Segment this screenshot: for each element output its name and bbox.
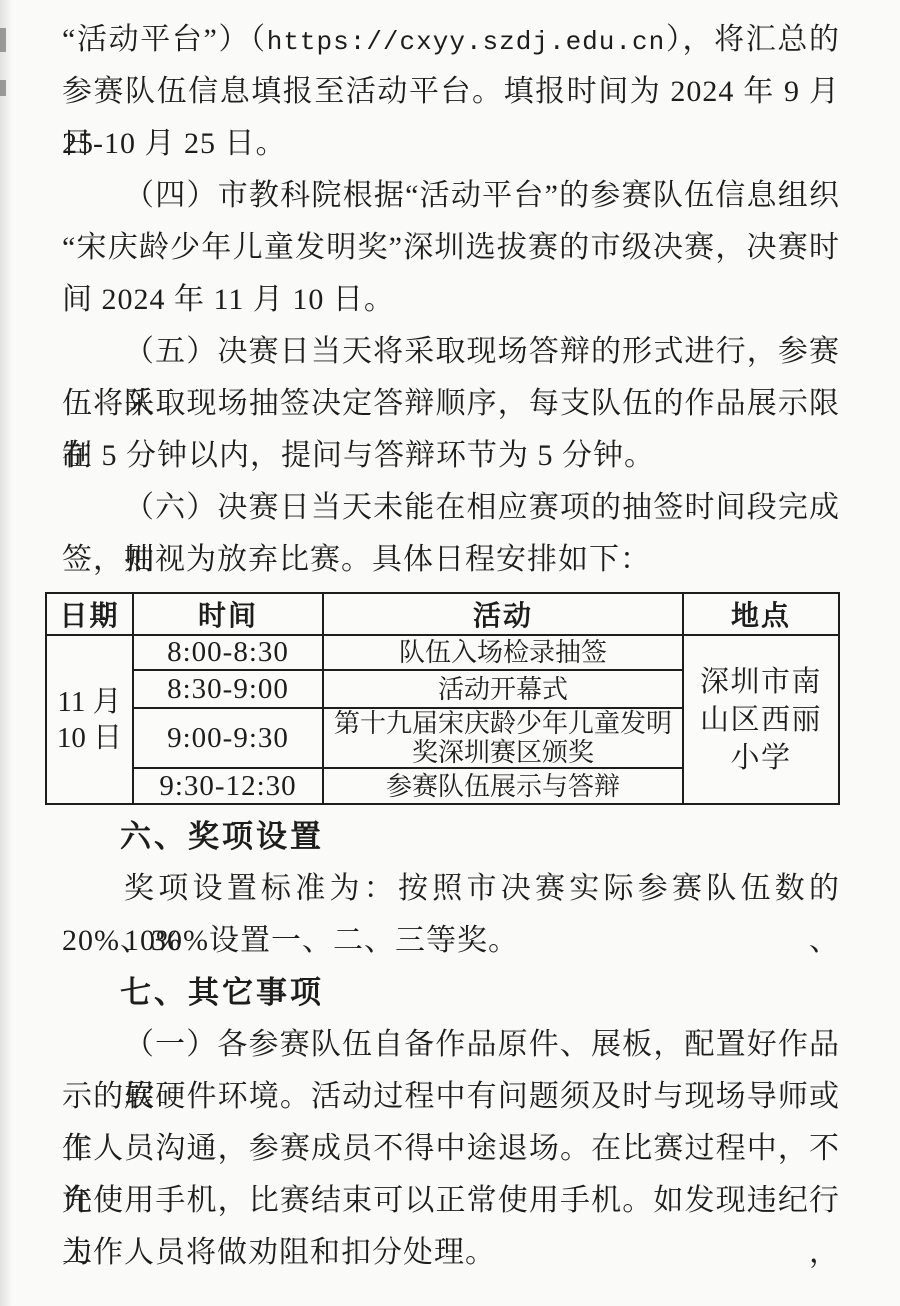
paragraph-line: （四）市教科院根据“活动平台”的参赛队伍信息组织 bbox=[62, 170, 840, 222]
paragraph-line: 日-10 月 25 日。 bbox=[62, 118, 840, 170]
activity-cell: 队伍入场检录抽签 bbox=[323, 635, 683, 670]
header-location: 地点 bbox=[683, 593, 839, 635]
paragraph-line: 伍将采取现场抽签决定答辩顺序，每支队伍的作品展示限制 bbox=[62, 378, 840, 430]
line-text: “活动平台”）（ bbox=[62, 23, 267, 56]
document-body: “活动平台”）（https://cxyy.szdj.edu.cn），将汇总的 参… bbox=[0, 14, 900, 1279]
paragraph-line: 签，则视为放弃比赛。具体日程安排如下： bbox=[62, 534, 840, 586]
time-cell: 9:00-9:30 bbox=[133, 708, 323, 768]
paragraph-line: 在 5 分钟以内，提问与答辩环节为 5 分钟。 bbox=[62, 430, 840, 482]
paragraph-line: （六）决赛日当天未能在相应赛项的抽签时间段完成抽 bbox=[62, 482, 840, 534]
paragraph-line: 作人员沟通，参赛成员不得中途退场。在比赛过程中，不允 bbox=[62, 1123, 840, 1175]
time-cell: 8:30-9:00 bbox=[133, 670, 323, 708]
time-cell: 9:30-12:30 bbox=[133, 768, 323, 804]
paragraph-line: （五）决赛日当天将采取现场答辩的形式进行，参赛队 bbox=[62, 326, 840, 378]
schedule-row: 11 月 10 日 8:00-8:30 队伍入场检录抽签 深圳市南山区西丽小学 bbox=[46, 635, 839, 670]
paragraph-line: （一）各参赛队伍自备作品原件、展板，配置好作品展 bbox=[62, 1019, 840, 1071]
paragraph-line: 奖项设置标准为：按照市决赛实际参赛队伍数的 10%、 bbox=[62, 863, 840, 915]
date-cell: 11 月 10 日 bbox=[46, 635, 133, 804]
section-heading-other: 七、其它事项 bbox=[62, 967, 840, 1019]
section-heading-awards: 六、奖项设置 bbox=[62, 811, 840, 863]
header-time: 时间 bbox=[133, 593, 323, 635]
schedule-header-row: 日期 时间 活动 地点 bbox=[46, 593, 839, 635]
activity-cell: 参赛队伍展示与答辩 bbox=[323, 768, 683, 804]
activity-cell: 活动开幕式 bbox=[323, 670, 683, 708]
paragraph-line: 许使用手机，比赛结束可以正常使用手机。如发现违纪行为， bbox=[62, 1175, 840, 1227]
paragraph-line: 间 2024 年 11 月 10 日。 bbox=[62, 274, 840, 326]
paragraph-line: 参赛队伍信息填报至活动平台。填报时间为 2024 年 9 月 25 bbox=[62, 66, 840, 118]
header-date: 日期 bbox=[46, 593, 133, 635]
paragraph-line: “宋庆龄少年儿童发明奖”深圳选拔赛的市级决赛，决赛时 bbox=[62, 222, 840, 274]
time-cell: 8:00-8:30 bbox=[133, 635, 323, 670]
paragraph-line: “活动平台”）（https://cxyy.szdj.edu.cn），将汇总的 bbox=[62, 14, 840, 66]
activity-cell: 第十九届宋庆龄少年儿童发明奖深圳赛区颁奖 bbox=[323, 708, 683, 768]
header-activity: 活动 bbox=[323, 593, 683, 635]
line-text: ），将汇总的 bbox=[665, 23, 840, 56]
location-cell: 深圳市南山区西丽小学 bbox=[683, 635, 839, 804]
paragraph-line: 示的软硬件环境。活动过程中有问题须及时与现场导师或工 bbox=[62, 1071, 840, 1123]
document-page: “活动平台”）（https://cxyy.szdj.edu.cn），将汇总的 参… bbox=[0, 0, 900, 1306]
url-text: https://cxyy.szdj.edu.cn bbox=[267, 27, 665, 57]
schedule-table: 日期 时间 活动 地点 11 月 10 日 8:00-8:30 队伍入场检录抽签… bbox=[45, 592, 840, 805]
